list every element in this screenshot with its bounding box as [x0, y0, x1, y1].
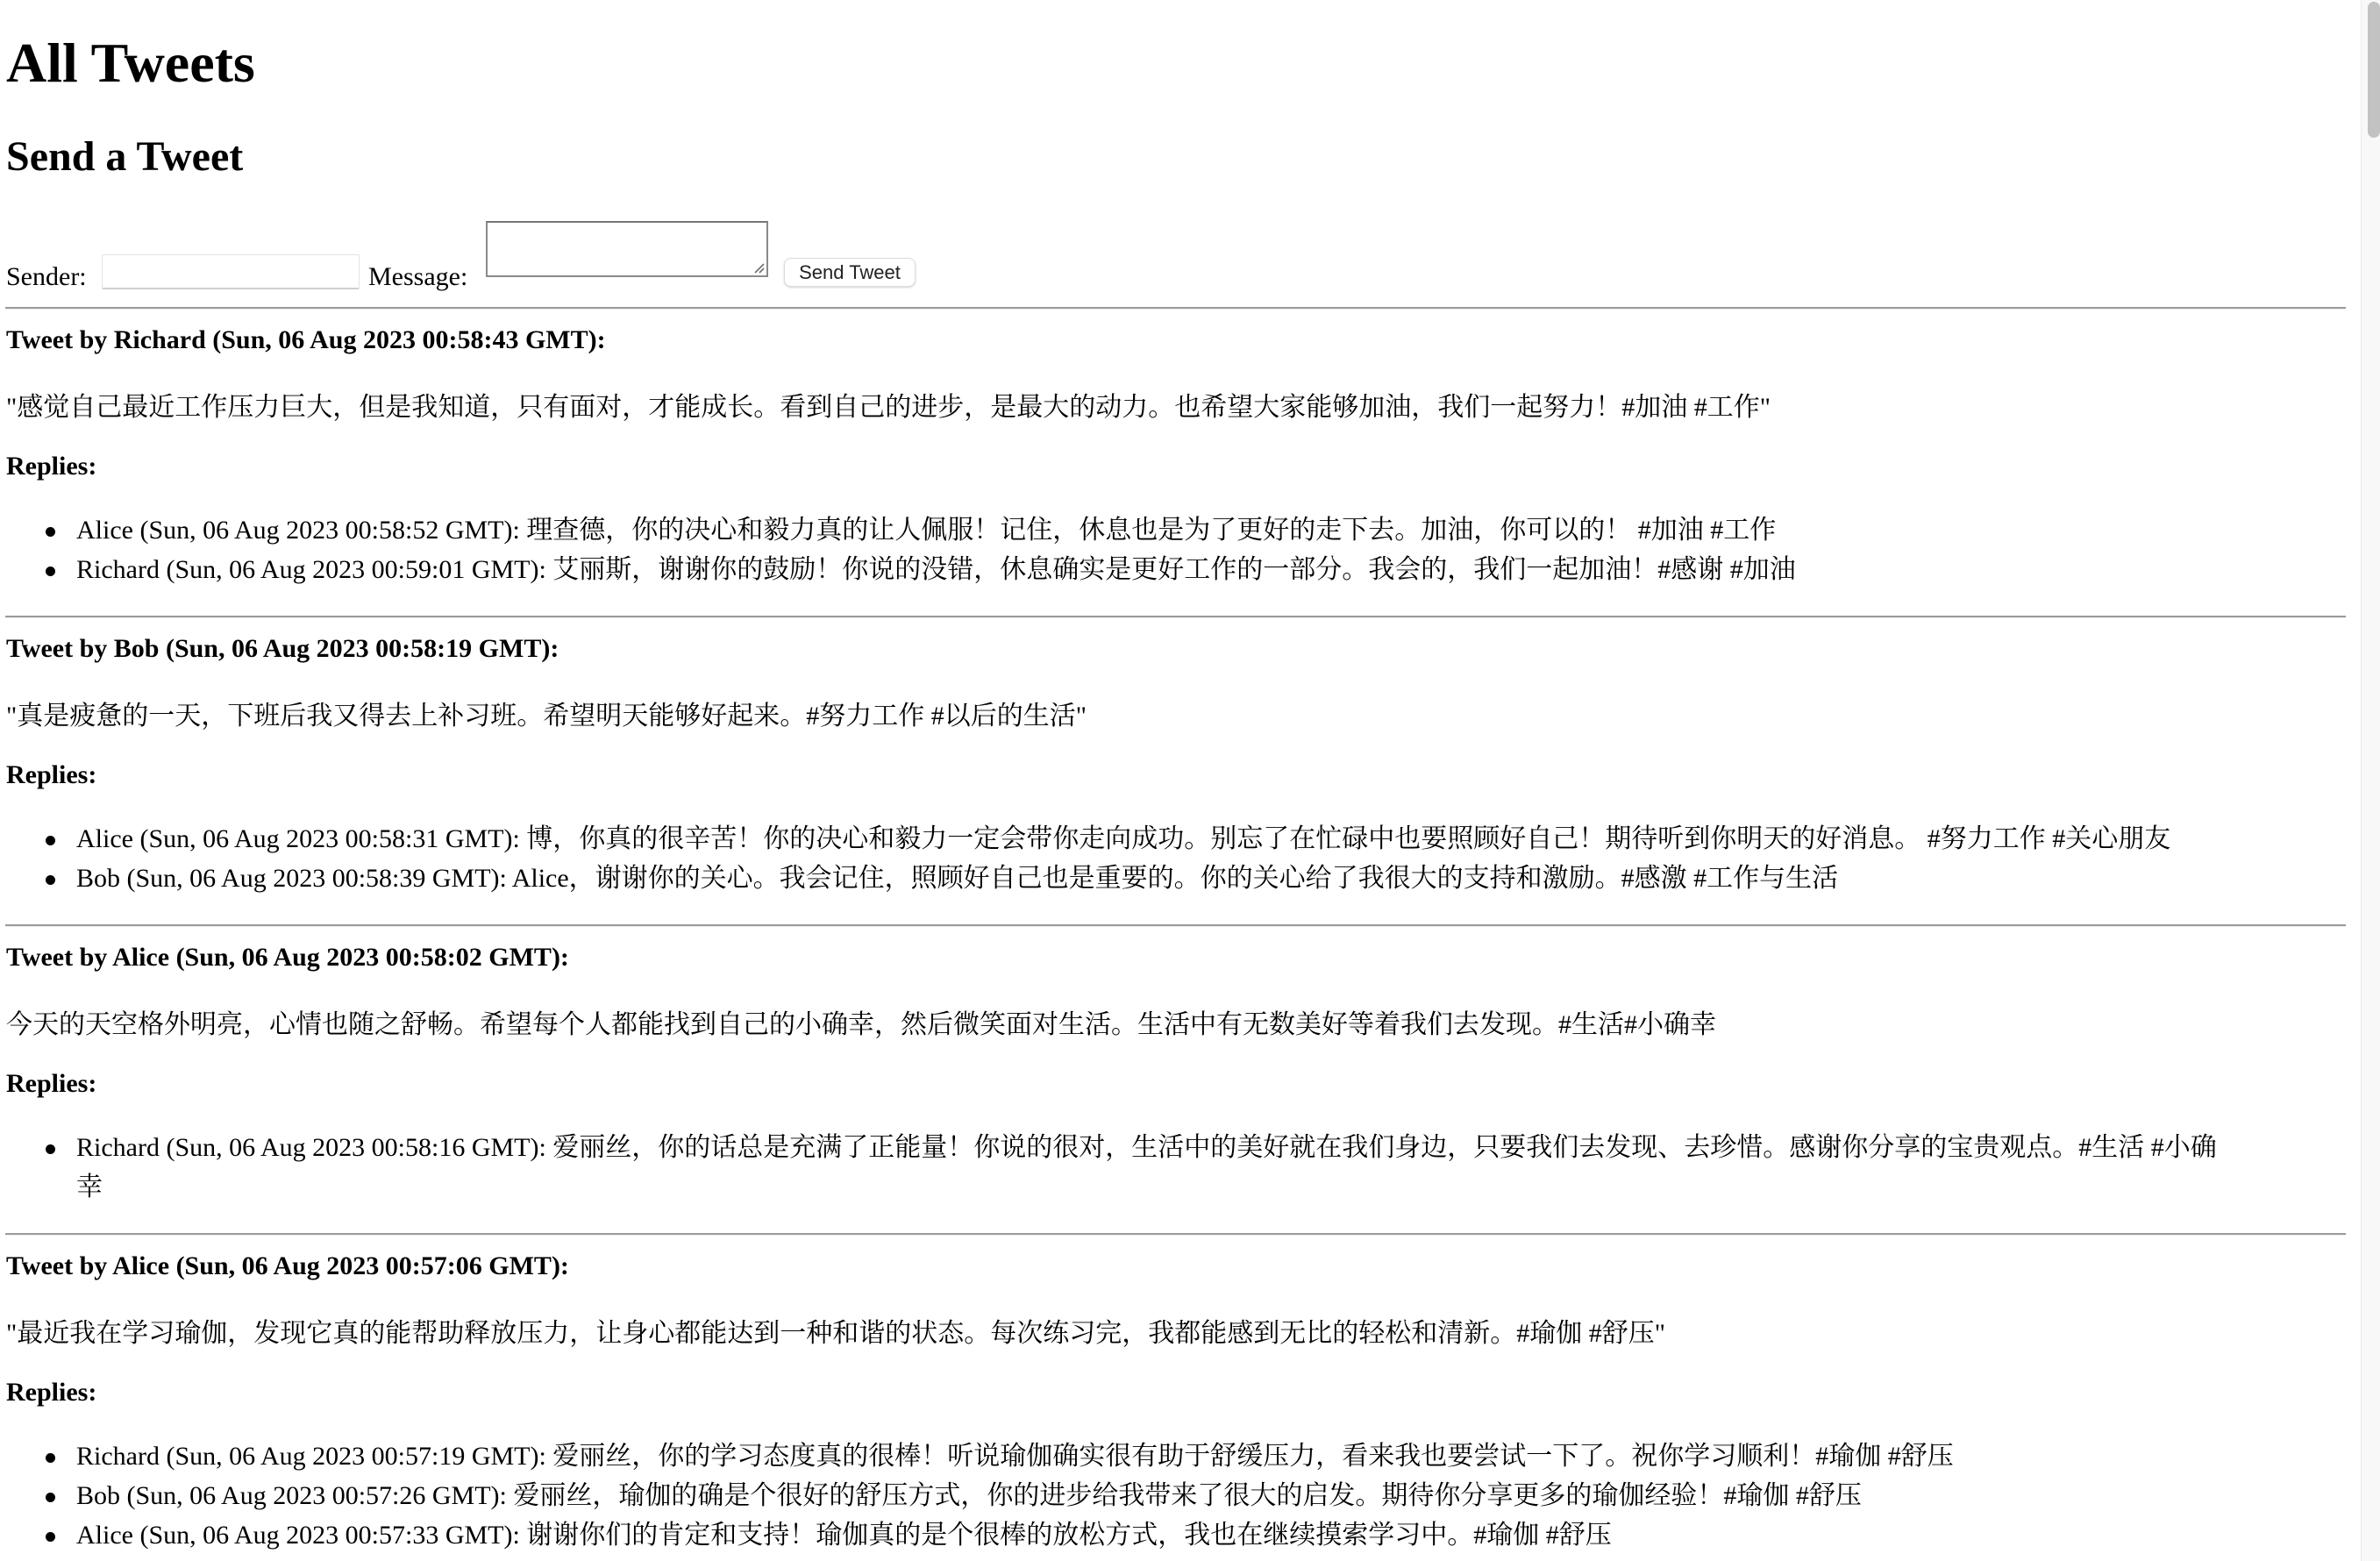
message-input[interactable] — [486, 221, 768, 277]
send-tweet-button[interactable]: Send Tweet — [784, 258, 916, 287]
tweet: Tweet by Alice (Sun, 06 Aug 2023 00:58:0… — [0, 924, 2361, 1233]
compose-form: Sender: Message: Send Tweet — [0, 210, 965, 298]
reply-item: Bob (Sun, 06 Aug 2023 00:57:26 GMT): 爱丽丝… — [0, 1476, 2262, 1515]
replies-label: Replies: — [6, 446, 96, 486]
reply-text: Richard (Sun, 06 Aug 2023 00:59:01 GMT):… — [76, 555, 1796, 584]
reply-list: Alice (Sun, 06 Aug 2023 00:58:52 GMT): 理… — [0, 510, 2361, 589]
reply-text: Richard (Sun, 06 Aug 2023 00:57:19 GMT):… — [76, 1442, 1954, 1471]
compose-heading: Send a Tweet — [6, 136, 243, 178]
reply-item: Alice (Sun, 06 Aug 2023 00:58:52 GMT): 理… — [0, 510, 2262, 550]
tweet-body: "感觉自己最近工作压力巨大，但是我知道，只有面对，才能成长。看到自己的进步，是最… — [6, 388, 1771, 427]
reply-text: Alice (Sun, 06 Aug 2023 00:58:31 GMT): 博… — [76, 824, 2170, 853]
bullet-icon — [46, 527, 55, 537]
tweet-header: Tweet by Alice (Sun, 06 Aug 2023 00:58:0… — [6, 937, 569, 977]
bullet-icon — [46, 1144, 55, 1154]
bullet-icon — [46, 567, 55, 576]
message-label: Message: — [368, 257, 467, 296]
page: All Tweets Send a Tweet Sender: Message:… — [0, 0, 2361, 1561]
divider — [5, 924, 2346, 927]
tweet: Tweet by Bob (Sun, 06 Aug 2023 00:58:19 … — [0, 616, 2361, 924]
bullet-icon — [46, 1532, 55, 1542]
replies-label: Replies: — [6, 755, 96, 795]
tweet: Tweet by Alice (Sun, 06 Aug 2023 00:57:0… — [0, 1233, 2361, 1542]
page-title: All Tweets — [6, 35, 255, 91]
reply-text: Richard (Sun, 06 Aug 2023 00:58:16 GMT):… — [76, 1133, 2217, 1201]
tweet-body: "真是疲惫的一天，下班后我又得去上补习班。希望明天能够好起来。#努力工作 #以后… — [6, 696, 1087, 736]
reply-item: Richard (Sun, 06 Aug 2023 00:58:16 GMT):… — [0, 1128, 2262, 1207]
divider — [5, 1233, 2346, 1236]
reply-text: Bob (Sun, 06 Aug 2023 00:57:26 GMT): 爱丽丝… — [76, 1481, 1862, 1510]
tweet-list: Tweet by Richard (Sun, 06 Aug 2023 00:58… — [0, 307, 2361, 1542]
bullet-icon — [46, 836, 55, 845]
reply-item: Richard (Sun, 06 Aug 2023 00:57:19 GMT):… — [0, 1436, 2262, 1476]
reply-item: Alice (Sun, 06 Aug 2023 00:58:31 GMT): 博… — [0, 819, 2262, 859]
replies-label: Replies: — [6, 1372, 96, 1412]
vertical-scrollbar[interactable] — [2361, 0, 2380, 1561]
reply-item: Alice (Sun, 06 Aug 2023 00:57:33 GMT): 谢… — [0, 1515, 2262, 1555]
tweet-header: Tweet by Richard (Sun, 06 Aug 2023 00:58… — [6, 320, 606, 360]
reply-text: Alice (Sun, 06 Aug 2023 00:57:33 GMT): 谢… — [76, 1521, 1612, 1550]
reply-list: Alice (Sun, 06 Aug 2023 00:58:31 GMT): 博… — [0, 819, 2361, 898]
divider — [5, 307, 2346, 310]
sender-input[interactable] — [102, 254, 360, 289]
bullet-icon — [46, 1493, 55, 1502]
reply-item: Richard (Sun, 06 Aug 2023 00:59:01 GMT):… — [0, 550, 2262, 589]
reply-item: Bob (Sun, 06 Aug 2023 00:58:39 GMT): Ali… — [0, 859, 2262, 898]
reply-text: Alice (Sun, 06 Aug 2023 00:58:52 GMT): 理… — [76, 516, 1776, 545]
tweet: Tweet by Richard (Sun, 06 Aug 2023 00:58… — [0, 307, 2361, 616]
tweet-header: Tweet by Alice (Sun, 06 Aug 2023 00:57:0… — [6, 1246, 569, 1286]
tweet-header: Tweet by Bob (Sun, 06 Aug 2023 00:58:19 … — [6, 629, 559, 668]
replies-label: Replies: — [6, 1064, 96, 1103]
scrollbar-thumb[interactable] — [2368, 2, 2380, 138]
sender-label: Sender: — [6, 257, 87, 296]
tweet-body: "最近我在学习瑜伽，发现它真的能帮助释放压力，让身心都能达到一种和谐的状态。每次… — [6, 1314, 1665, 1353]
tweet-body: 今天的天空格外明亮，心情也随之舒畅。希望每个人都能找到自己的小确幸，然后微笑面对… — [6, 1005, 1716, 1044]
reply-text: Bob (Sun, 06 Aug 2023 00:58:39 GMT): Ali… — [76, 864, 1838, 893]
reply-list: Richard (Sun, 06 Aug 2023 00:58:16 GMT):… — [0, 1128, 2361, 1207]
reply-list: Richard (Sun, 06 Aug 2023 00:57:19 GMT):… — [0, 1436, 2361, 1555]
bullet-icon — [46, 1453, 55, 1463]
divider — [5, 616, 2346, 618]
bullet-icon — [46, 875, 55, 885]
